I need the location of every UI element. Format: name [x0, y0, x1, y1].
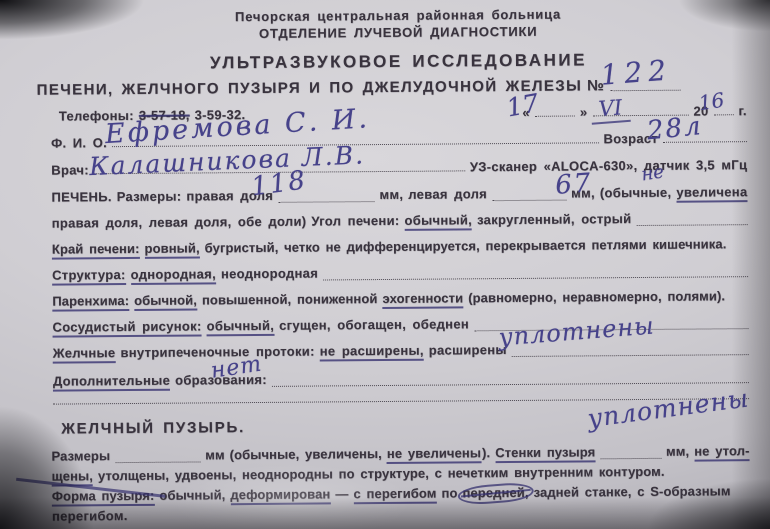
gb-walls-options: утолщены, удвоены, неоднородны по структ…	[98, 464, 665, 483]
gb-form-selected2: с перегибом	[353, 486, 436, 505]
liver-structure-selected: однородная,	[131, 266, 216, 285]
liver-structure-label: Структура:	[52, 267, 126, 286]
liver-parenchyma-options2: (равномерно, неравномерно, полями).	[468, 288, 725, 305]
mm-unit: мм,	[666, 444, 689, 459]
liver-vascular-options: сгущен, обогащен, обеднен	[279, 316, 469, 332]
liver-size-options-line2: правая доля, левая доля, обе доли)	[52, 214, 307, 231]
liver-parenchyma-options: повышенной, пониженной	[202, 291, 378, 307]
gb-form-dash: —	[335, 486, 348, 501]
gb-sizes-label: Размеры	[51, 448, 110, 463]
form-row-org2: ОТДЕЛЕНИЕ ЛУЧЕВОЙ ДИАГНОСТИКИ	[50, 22, 746, 42]
dotted-line	[636, 222, 747, 226]
form-row-liver-additional: Дополнительные образования:	[53, 368, 749, 391]
date-quote-close: »	[580, 104, 588, 119]
exam-subtitle: ПЕЧЕНИ, ЖЕЛЧНОГО ПУЗЫРЯ И ПО ДЖЕЛУДОЧНОЙ…	[37, 77, 583, 98]
liver-edge-label: Край печени:	[52, 241, 140, 260]
dotted-line	[512, 352, 749, 357]
handwritten-date-day: 17	[504, 88, 541, 122]
liver-angle-label: Угол печени:	[311, 213, 399, 229]
gb-walls-selected: не утол-	[694, 443, 749, 461]
liver-vascular-label: Сосудистый рисунок:	[52, 318, 201, 337]
handwritten-exam-number: 122	[599, 53, 673, 91]
fio-label: Ф. И. О.	[51, 135, 107, 150]
form-row-exam-subtitle: ПЕЧЕНИ, ЖЕЛЧНОГО ПУЗЫРЯ И ПО ДЖЕЛУДОЧНОЙ…	[37, 77, 683, 99]
liver-angle-selected: обычный,	[404, 212, 472, 231]
liver-size-options: (обычные,	[600, 185, 672, 201]
handwritten-date-month: VI	[590, 95, 631, 125]
liver-parenchyma-label: Паренхима:	[52, 293, 129, 312]
gb-form-option1: обычный,	[159, 487, 225, 503]
gb-size-options: (обычные, увеличены,	[230, 446, 382, 462]
gb-form-selected1: деформирован	[230, 486, 330, 505]
gb-size-blank	[115, 459, 200, 463]
liver-edge-options: бугристый, четко не дифференцируется, пе…	[205, 236, 727, 255]
liver-ducts-options: расширены	[429, 342, 507, 358]
liver-angle-options: закругленный, острый	[477, 211, 631, 227]
form-row-liver-sizes: ПЕЧЕНЬ. Размеры: правая доля мм, левая д…	[51, 184, 747, 207]
liver-structure-options: неоднородная	[221, 266, 318, 282]
doctor-label: Врач:	[51, 162, 89, 177]
form-content: Печорская центральная районная больница …	[0, 0, 770, 529]
liver-parenchyma-echogenicity: эхогенности	[382, 290, 463, 309]
gb-form-po: по	[441, 485, 457, 500]
gb-size-selected: не увеличены	[387, 445, 481, 464]
liver-ducts-label: Желчные	[53, 345, 116, 363]
liver-additional-label: Дополнительные	[53, 373, 170, 392]
left-lobe-blank	[492, 198, 566, 202]
liver-ducts-selected: не расширены,	[320, 343, 424, 362]
left-lobe-label: левая доля	[408, 186, 487, 202]
form-row-liver-angle: правая доля, левая доля, обе доли) Угол …	[52, 210, 748, 233]
dotted-line	[323, 274, 748, 280]
gb-walls-label: Стенки пузыря	[495, 444, 595, 463]
gb-walls-blank	[600, 456, 661, 459]
liver-heading: ПЕЧЕНЬ.	[51, 189, 111, 204]
date-year-suffix: г.	[738, 103, 746, 118]
gb-form-options-rest: задней станке, с S-образным	[534, 483, 731, 500]
additional-blank	[272, 380, 749, 387]
gb-form-last-line: перегибом.	[52, 508, 128, 524]
liver-vascular-selected: обычный,	[206, 318, 274, 337]
liver-size-option-enlarged: увеличена	[676, 184, 747, 203]
mm-unit: мм	[205, 447, 225, 462]
handwritten-left-lobe-size: 67	[554, 168, 593, 201]
photographed-ultrasound-form: Печорская центральная районная больница …	[0, 0, 770, 529]
department-name: ОТДЕЛЕНИЕ ЛУЧЕВОЙ ДИАГНОСТИКИ	[259, 24, 537, 41]
form-row-gallbladder-form2: перегибом.	[52, 503, 750, 523]
liver-parenchyma-selected: обычной,	[134, 292, 197, 310]
handwritten-age: 28л	[646, 111, 704, 146]
form-row-liver-structure: Структура: однородная, неоднородная	[52, 262, 748, 285]
gallbladder-heading: ЖЕЛЧНЫЙ ПУЗЫРЬ.	[61, 419, 245, 437]
org-name: Печорская центральная районная больница	[235, 7, 561, 25]
form-row-liver-edge: Край печени: ровный, бугристый, четко не…	[52, 236, 748, 259]
form-row-liver-ducts: Желчные внутрипеченочные протоки: не рас…	[53, 340, 749, 363]
gb-form-scribbled-text: передней,	[462, 485, 528, 501]
liver-edge-selected: ровный,	[144, 240, 199, 258]
handwritten-ne: не	[640, 161, 665, 185]
form-row-liver-parenchyma: Паренхима: обычной, повышенной, пониженн…	[52, 288, 748, 311]
mm-unit: мм,	[379, 187, 403, 202]
exam-title: УЛЬТРАЗВУКОВОЕ ИССЛЕДОВАНИЕ	[210, 50, 587, 73]
liver-sizes-label: Размеры:	[117, 189, 182, 205]
right-lobe-blank	[278, 199, 374, 203]
gb-size-suffix: ).	[482, 445, 490, 460]
gb-form-label: Форма пузыря:	[52, 488, 155, 507]
gb-form-scribbled-option: передней,	[462, 485, 528, 501]
scanner-info: УЗ-сканер «ALOCA-630», датчик 3,5 мГц	[470, 157, 747, 174]
